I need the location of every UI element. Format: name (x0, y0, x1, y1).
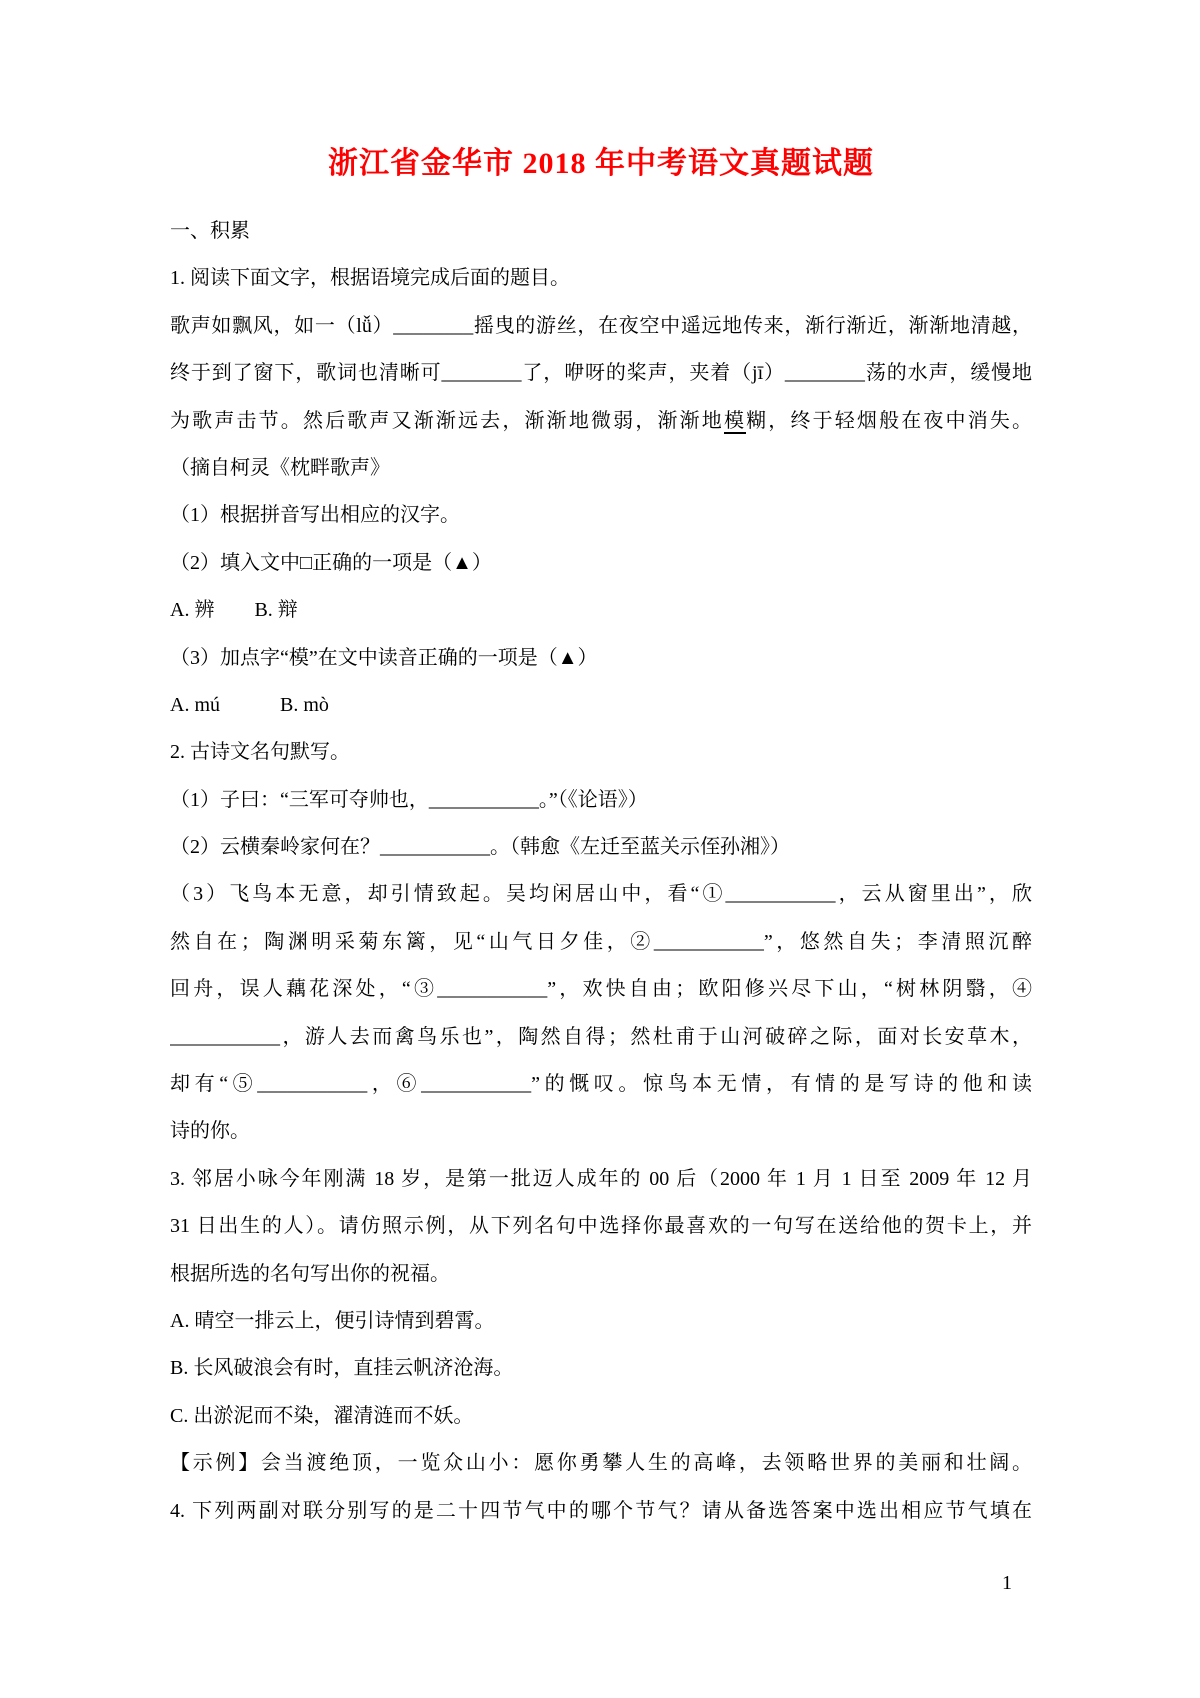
q2-sub3-line-1: （3）飞鸟本无意，却引情致起。吴均闲居山中，看“①___________，云从窗… (170, 871, 1032, 918)
q2-sub1: （1）子曰：“三军可夺帅也，___________。”（《论语》） (170, 777, 1032, 824)
q1-sub2-prompt: （2）填入文中□正确的一项是（▲） (170, 540, 1032, 587)
question-3-line-3: 根据所选的名句写出你的祝福。 (170, 1251, 1032, 1298)
question-2-prompt: 2. 古诗文名句默写。 (170, 729, 1032, 776)
q2-sub2: （2）云横秦岭家何在？___________。（韩愈《左迁至蓝关示侄孙湘》） (170, 824, 1032, 871)
q2-sub3-line-3: 回舟，误人藕花深处，“③___________”，欢快自由；欧阳修兴尽下山，“树… (170, 966, 1032, 1013)
page-number: 1 (1002, 1566, 1062, 1600)
question-4-prompt: 4. 下列两副对联分别写的是二十四节气中的哪个节气？请从备选答案中选出相应节气填… (170, 1488, 1032, 1535)
q1-sub3-options: A. mú B. mò (170, 682, 1032, 729)
passage-underlined-char: 模 (724, 410, 746, 434)
passage-line-1: 歌声如飘风，如一（lǚ）________摇曳的游丝，在夜空中遥远地传来，渐行渐近… (170, 303, 1032, 350)
q2-sub3-line-5: 却有“⑤___________，⑥___________”的慨叹。惊鸟本无情，有… (170, 1061, 1032, 1108)
section-heading: 一、积累 (170, 208, 1032, 255)
q2-sub3-line-4: ___________，游人去而禽鸟乐也”，陶然自得；然杜甫于山河破碎之际，面对… (170, 1014, 1032, 1061)
q2-sub3-line-6: 诗的你。 (170, 1108, 1032, 1155)
q1-sub2-options: A. 辨 B. 辩 (170, 587, 1032, 634)
passage-line-2: 终于到了窗下，歌词也清晰可________了，咿呀的桨声，夹着（jī）_____… (170, 350, 1032, 397)
q1-sub1-prompt: （1）根据拼音写出相应的汉字。 (170, 492, 1032, 539)
q2-sub3-line-2: 然自在；陶渊明采菊东篱，见“山气日夕佳，②___________”，悠然自失；李… (170, 919, 1032, 966)
q3-option-c: C. 出淤泥而不染，濯清涟而不妖。 (170, 1393, 1032, 1440)
question-3-line-1: 3. 邻居小咏今年刚满 18 岁，是第一批迈人成年的 00 后（2000 年 1… (170, 1156, 1032, 1203)
passage-line-3-pre: 为歌声击节。然后歌声又渐渐远去，渐渐地微弱，渐渐地 (170, 410, 724, 432)
passage-source: （摘自柯灵《枕畔歌声》 (170, 445, 1032, 492)
q3-option-a: A. 晴空一排云上，便引诗情到碧霄。 (170, 1298, 1032, 1345)
q3-option-b: B. 长风破浪会有时，直挂云帆济沧海。 (170, 1345, 1032, 1392)
exam-page: 浙江省金华市 2018 年中考语文真题试题 一、积累 1. 阅读下面文字，根据语… (0, 0, 1200, 1698)
document-title: 浙江省金华市 2018 年中考语文真题试题 (170, 146, 1032, 182)
passage-line-3: 为歌声击节。然后歌声又渐渐远去，渐渐地微弱，渐渐地模糊，终于轻烟般在夜中消失。 (170, 398, 1032, 445)
passage-line-3-post: 糊，终于轻烟般在夜中消失。 (746, 410, 1032, 432)
question-3-line-2: 31 日出生的人）。请仿照示例，从下列名句中选择你最喜欢的一句写在送给他的贺卡上… (170, 1203, 1032, 1250)
q3-example: 【示例】会当渡绝顶，一览众山小：愿你勇攀人生的高峰，去领略世界的美丽和壮阔。 (170, 1440, 1032, 1487)
page-content: 浙江省金华市 2018 年中考语文真题试题 一、积累 1. 阅读下面文字，根据语… (170, 0, 1032, 1535)
q1-sub3-prompt: （3）加点字“模”在文中读音正确的一项是（▲） (170, 635, 1032, 682)
question-1-prompt: 1. 阅读下面文字，根据语境完成后面的题目。 (170, 255, 1032, 302)
